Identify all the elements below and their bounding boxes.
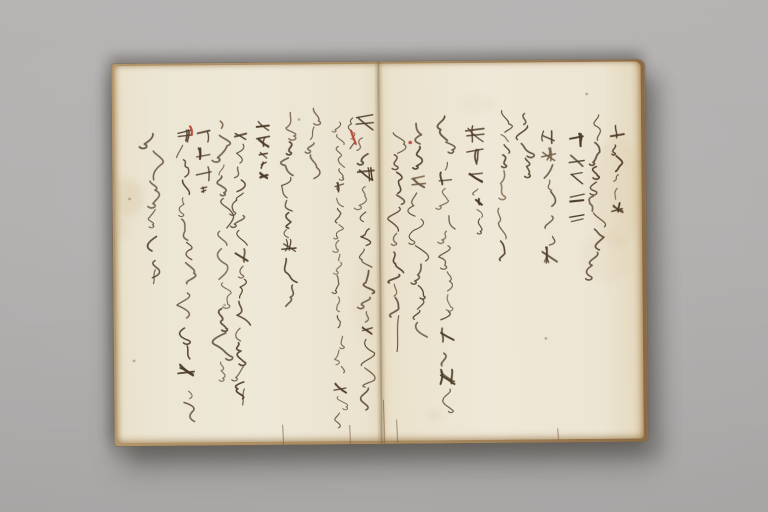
page-right	[377, 61, 644, 440]
book	[112, 59, 648, 446]
backdrop	[0, 0, 768, 512]
page-left	[114, 64, 381, 443]
